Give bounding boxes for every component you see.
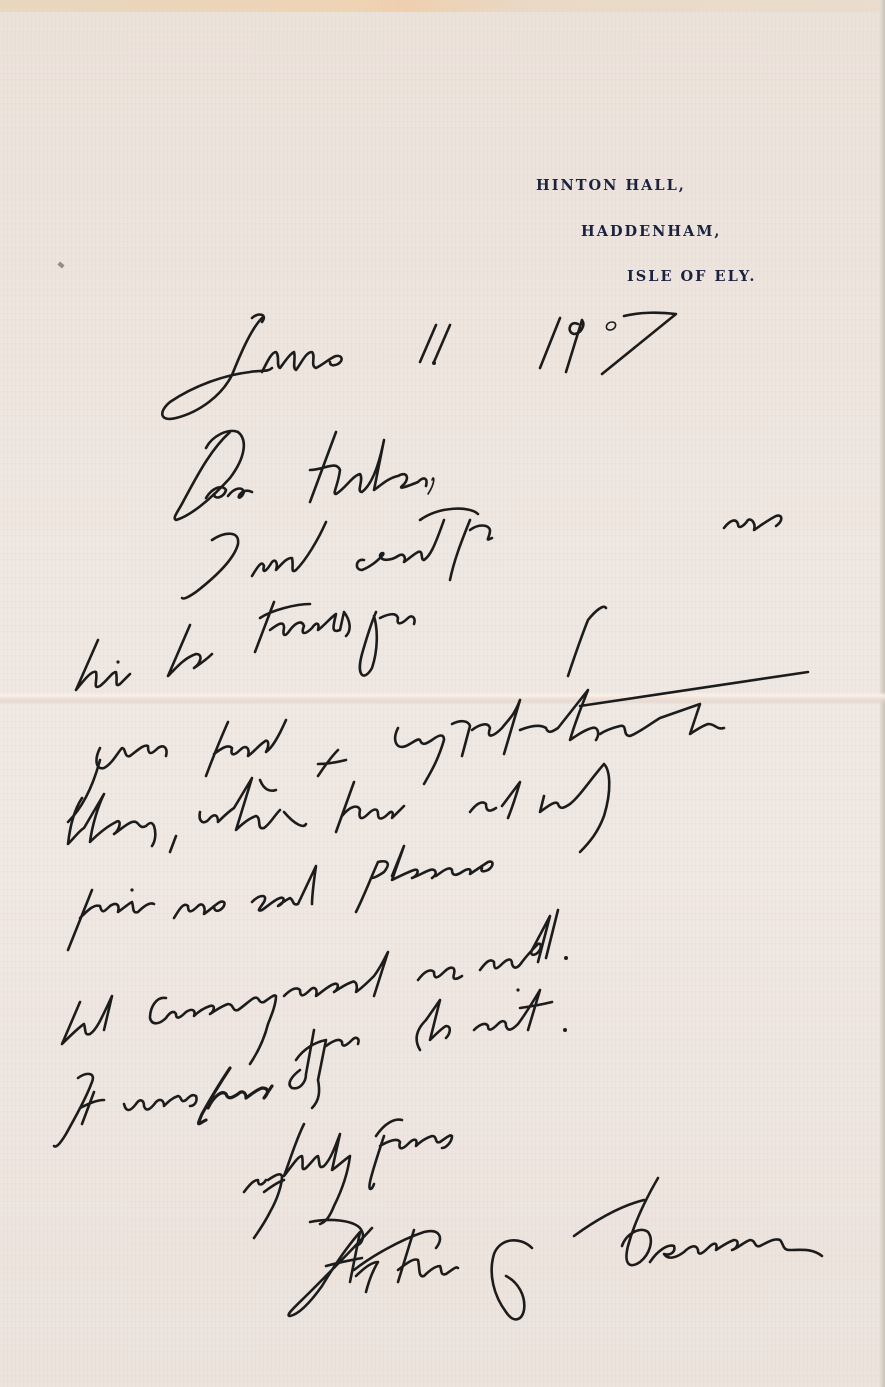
body-line-3-strokes bbox=[68, 672, 808, 822]
body-line-5-strokes bbox=[68, 846, 493, 950]
salutation-strokes bbox=[175, 431, 434, 520]
body-line-2-strokes bbox=[76, 602, 606, 690]
handwriting-strokes bbox=[0, 0, 885, 1387]
date-strokes bbox=[162, 313, 676, 419]
body-line-1-strokes bbox=[182, 509, 781, 599]
signature-strokes bbox=[289, 1178, 822, 1319]
body-line-6-strokes bbox=[62, 910, 568, 1064]
body-line-4-strokes bbox=[68, 764, 609, 852]
handwriting bbox=[0, 0, 885, 1387]
closing-strokes bbox=[244, 1120, 452, 1246]
body-line-7-strokes bbox=[54, 988, 567, 1146]
